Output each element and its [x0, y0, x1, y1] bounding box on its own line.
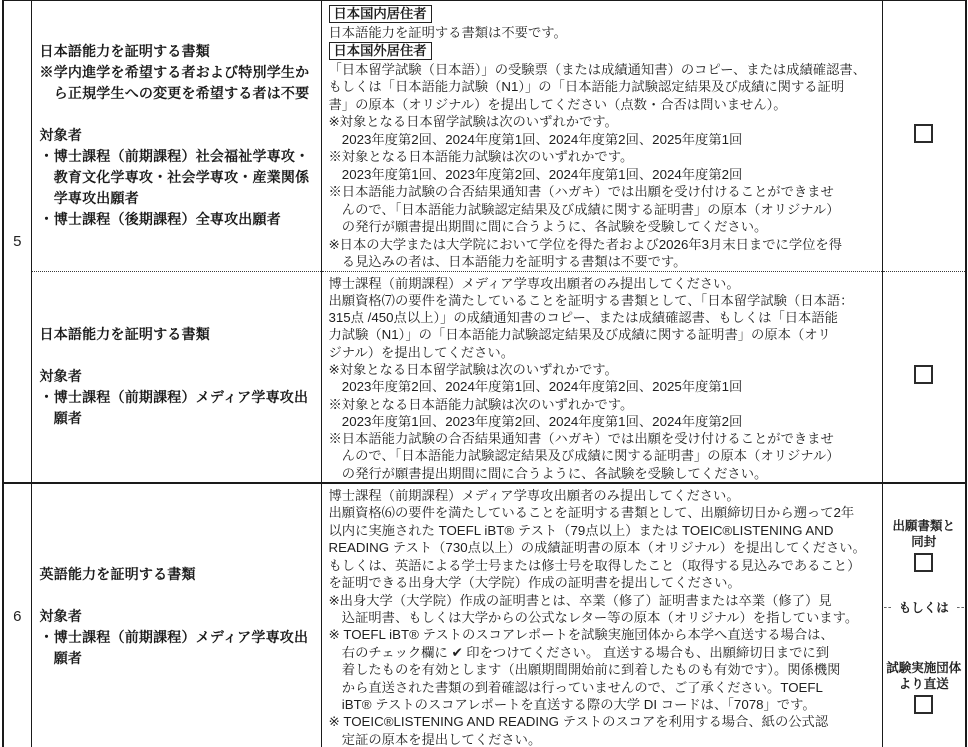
document-name-text: 英語能力を証明する書類 対象者 ・博士課程（前期課程）メディア学専攻出 願者 — [32, 564, 321, 669]
checkbox-cell — [882, 271, 966, 483]
resident-in-japan-box-label: 日本国内居住者 — [329, 5, 432, 23]
details-body-text: 博士課程（前期課程）メディア学専攻出願者のみ提出してください。 出願資格⑺の要件… — [329, 275, 876, 483]
dash-right-icon — [957, 607, 964, 608]
direct-from-test-org-label: 試験実施団体 より直送 — [886, 660, 961, 692]
details-cell: 博士課程（前期課程）メディア学専攻出願者のみ提出してください。 出願資格⑹の要件… — [321, 483, 882, 747]
details-cell: 日本国内居住者 日本語能力を証明する書類は不要です。 日本国外居住者 「日本留学… — [321, 1, 882, 272]
details-body-text: 博士課程（前期課程）メディア学専攻出願者のみ提出してください。 出願資格⑹の要件… — [329, 487, 876, 747]
row5-upper-checkbox[interactable] — [914, 124, 933, 143]
dash-left-icon — [884, 607, 891, 608]
or-label: もしくは — [899, 598, 949, 616]
row-number-cell-6: 6 — [3, 483, 31, 747]
enclose-with-documents-label: 出願書類と 同封 — [892, 518, 955, 550]
or-divider: もしくは — [883, 598, 966, 616]
document-name-cell: 英語能力を証明する書類 対象者 ・博士課程（前期課程）メディア学専攻出 願者 — [31, 483, 321, 747]
application-documents-table-page: 5 日本語能力を証明する書類 ※学内進学を希望する者および特別学生か ら正規学生… — [0, 0, 968, 747]
document-name-text: 日本語能力を証明する書類 ※学内進学を希望する者および特別学生か ら正規学生への… — [32, 41, 321, 230]
document-name-cell: 日本語能力を証明する書類 ※学内進学を希望する者および特別学生か ら正規学生への… — [31, 1, 321, 272]
direct-from-test-org-checkbox[interactable] — [914, 695, 933, 714]
details-body-text: 「日本留学試験（日本語）」の受験票（または成績通知書）のコピー、または成績確認書… — [329, 61, 876, 271]
row5-lower-checkbox[interactable] — [914, 365, 933, 384]
domestic-note-text: 日本語能力を証明する書類は不要です。 — [329, 24, 876, 42]
table-row: 6 英語能力を証明する書類 対象者 ・博士課程（前期課程）メディア学専攻出 願者… — [3, 483, 966, 747]
document-name-cell: 日本語能力を証明する書類 対象者 ・博士課程（前期課程）メディア学専攻出 願者 — [31, 271, 321, 483]
resident-outside-japan-box-label: 日本国外居住者 — [329, 42, 432, 60]
row-number-cell-5: 5 — [3, 1, 31, 484]
row-number: 6 — [13, 608, 21, 625]
application-documents-table: 5 日本語能力を証明する書類 ※学内進学を希望する者および特別学生か ら正規学生… — [2, 0, 967, 747]
checkbox-cell — [882, 1, 966, 272]
table-row: 日本語能力を証明する書類 対象者 ・博士課程（前期課程）メディア学専攻出 願者 … — [3, 271, 966, 483]
row-number: 5 — [13, 233, 21, 250]
details-cell: 博士課程（前期課程）メディア学専攻出願者のみ提出してください。 出願資格⑺の要件… — [321, 271, 882, 483]
checkbox-cell: 出願書類と 同封 もしくは 試験実施団体 より直送 — [882, 483, 966, 747]
table-row: 5 日本語能力を証明する書類 ※学内進学を希望する者および特別学生か ら正規学生… — [3, 1, 966, 272]
enclose-with-documents-checkbox[interactable] — [914, 553, 933, 572]
document-name-text: 日本語能力を証明する書類 対象者 ・博士課程（前期課程）メディア学専攻出 願者 — [32, 324, 321, 429]
